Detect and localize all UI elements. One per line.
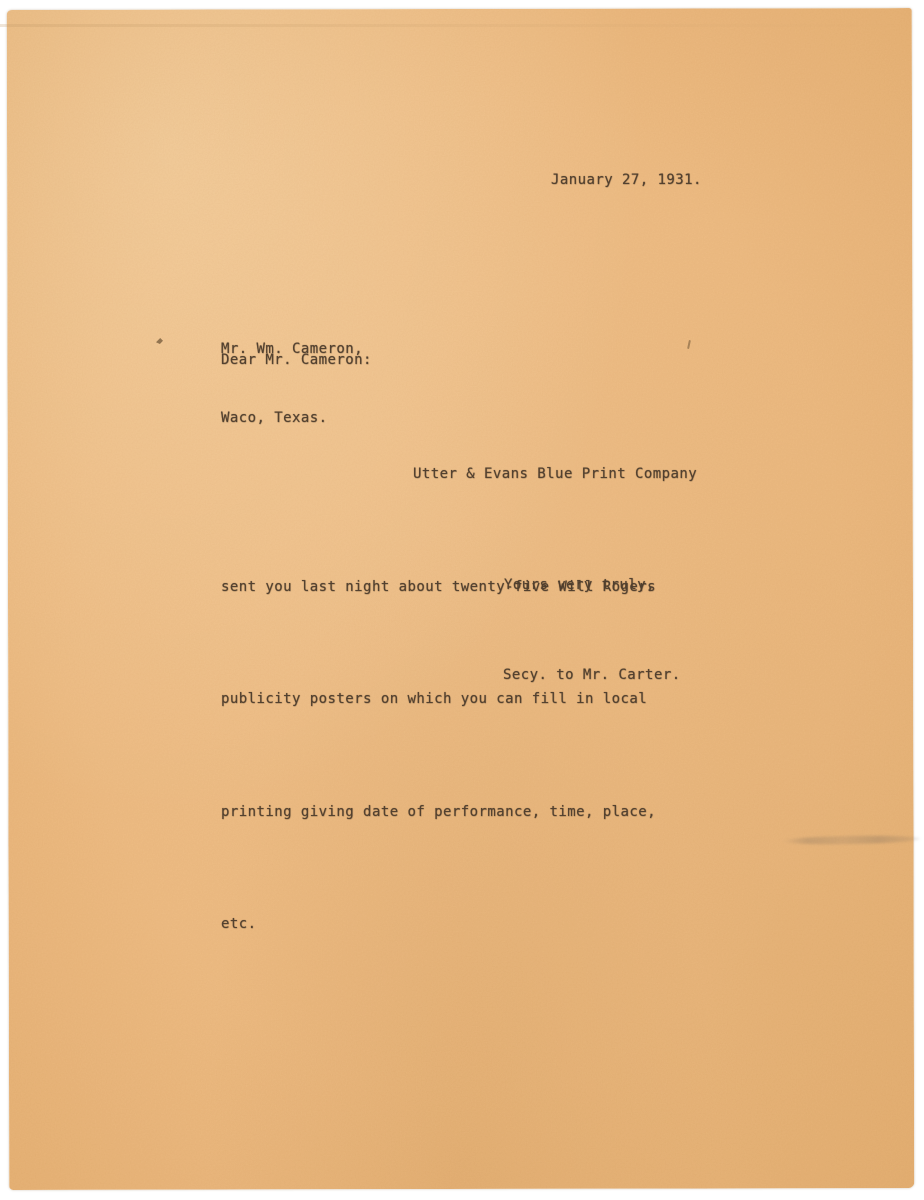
date-line: January 27, 1931.: [551, 172, 702, 188]
ink-speck-artifact: [687, 340, 691, 349]
complimentary-closing: Yours very truly,: [504, 577, 655, 593]
body-line: publicity posters on which you can fill …: [221, 681, 697, 719]
pencil-smudge-artifact: [782, 835, 920, 845]
ink-speck-artifact: [156, 338, 163, 344]
body-line: etc.: [221, 906, 697, 944]
letter-body: Utter & Evans Blue Print Company sent yo…: [221, 381, 697, 1019]
letter-text-layer: January 27, 1931. Mr. Wm. Cameron, Waco,…: [0, 0, 924, 1200]
salutation: Dear Mr. Cameron:: [221, 352, 372, 368]
body-line: printing giving date of performance, tim…: [221, 794, 697, 832]
body-line: Utter & Evans Blue Print Company: [221, 456, 697, 494]
signature-line: Secy. to Mr. Carter.: [503, 667, 681, 683]
scanned-letter: January 27, 1931. Mr. Wm. Cameron, Waco,…: [0, 0, 924, 1200]
